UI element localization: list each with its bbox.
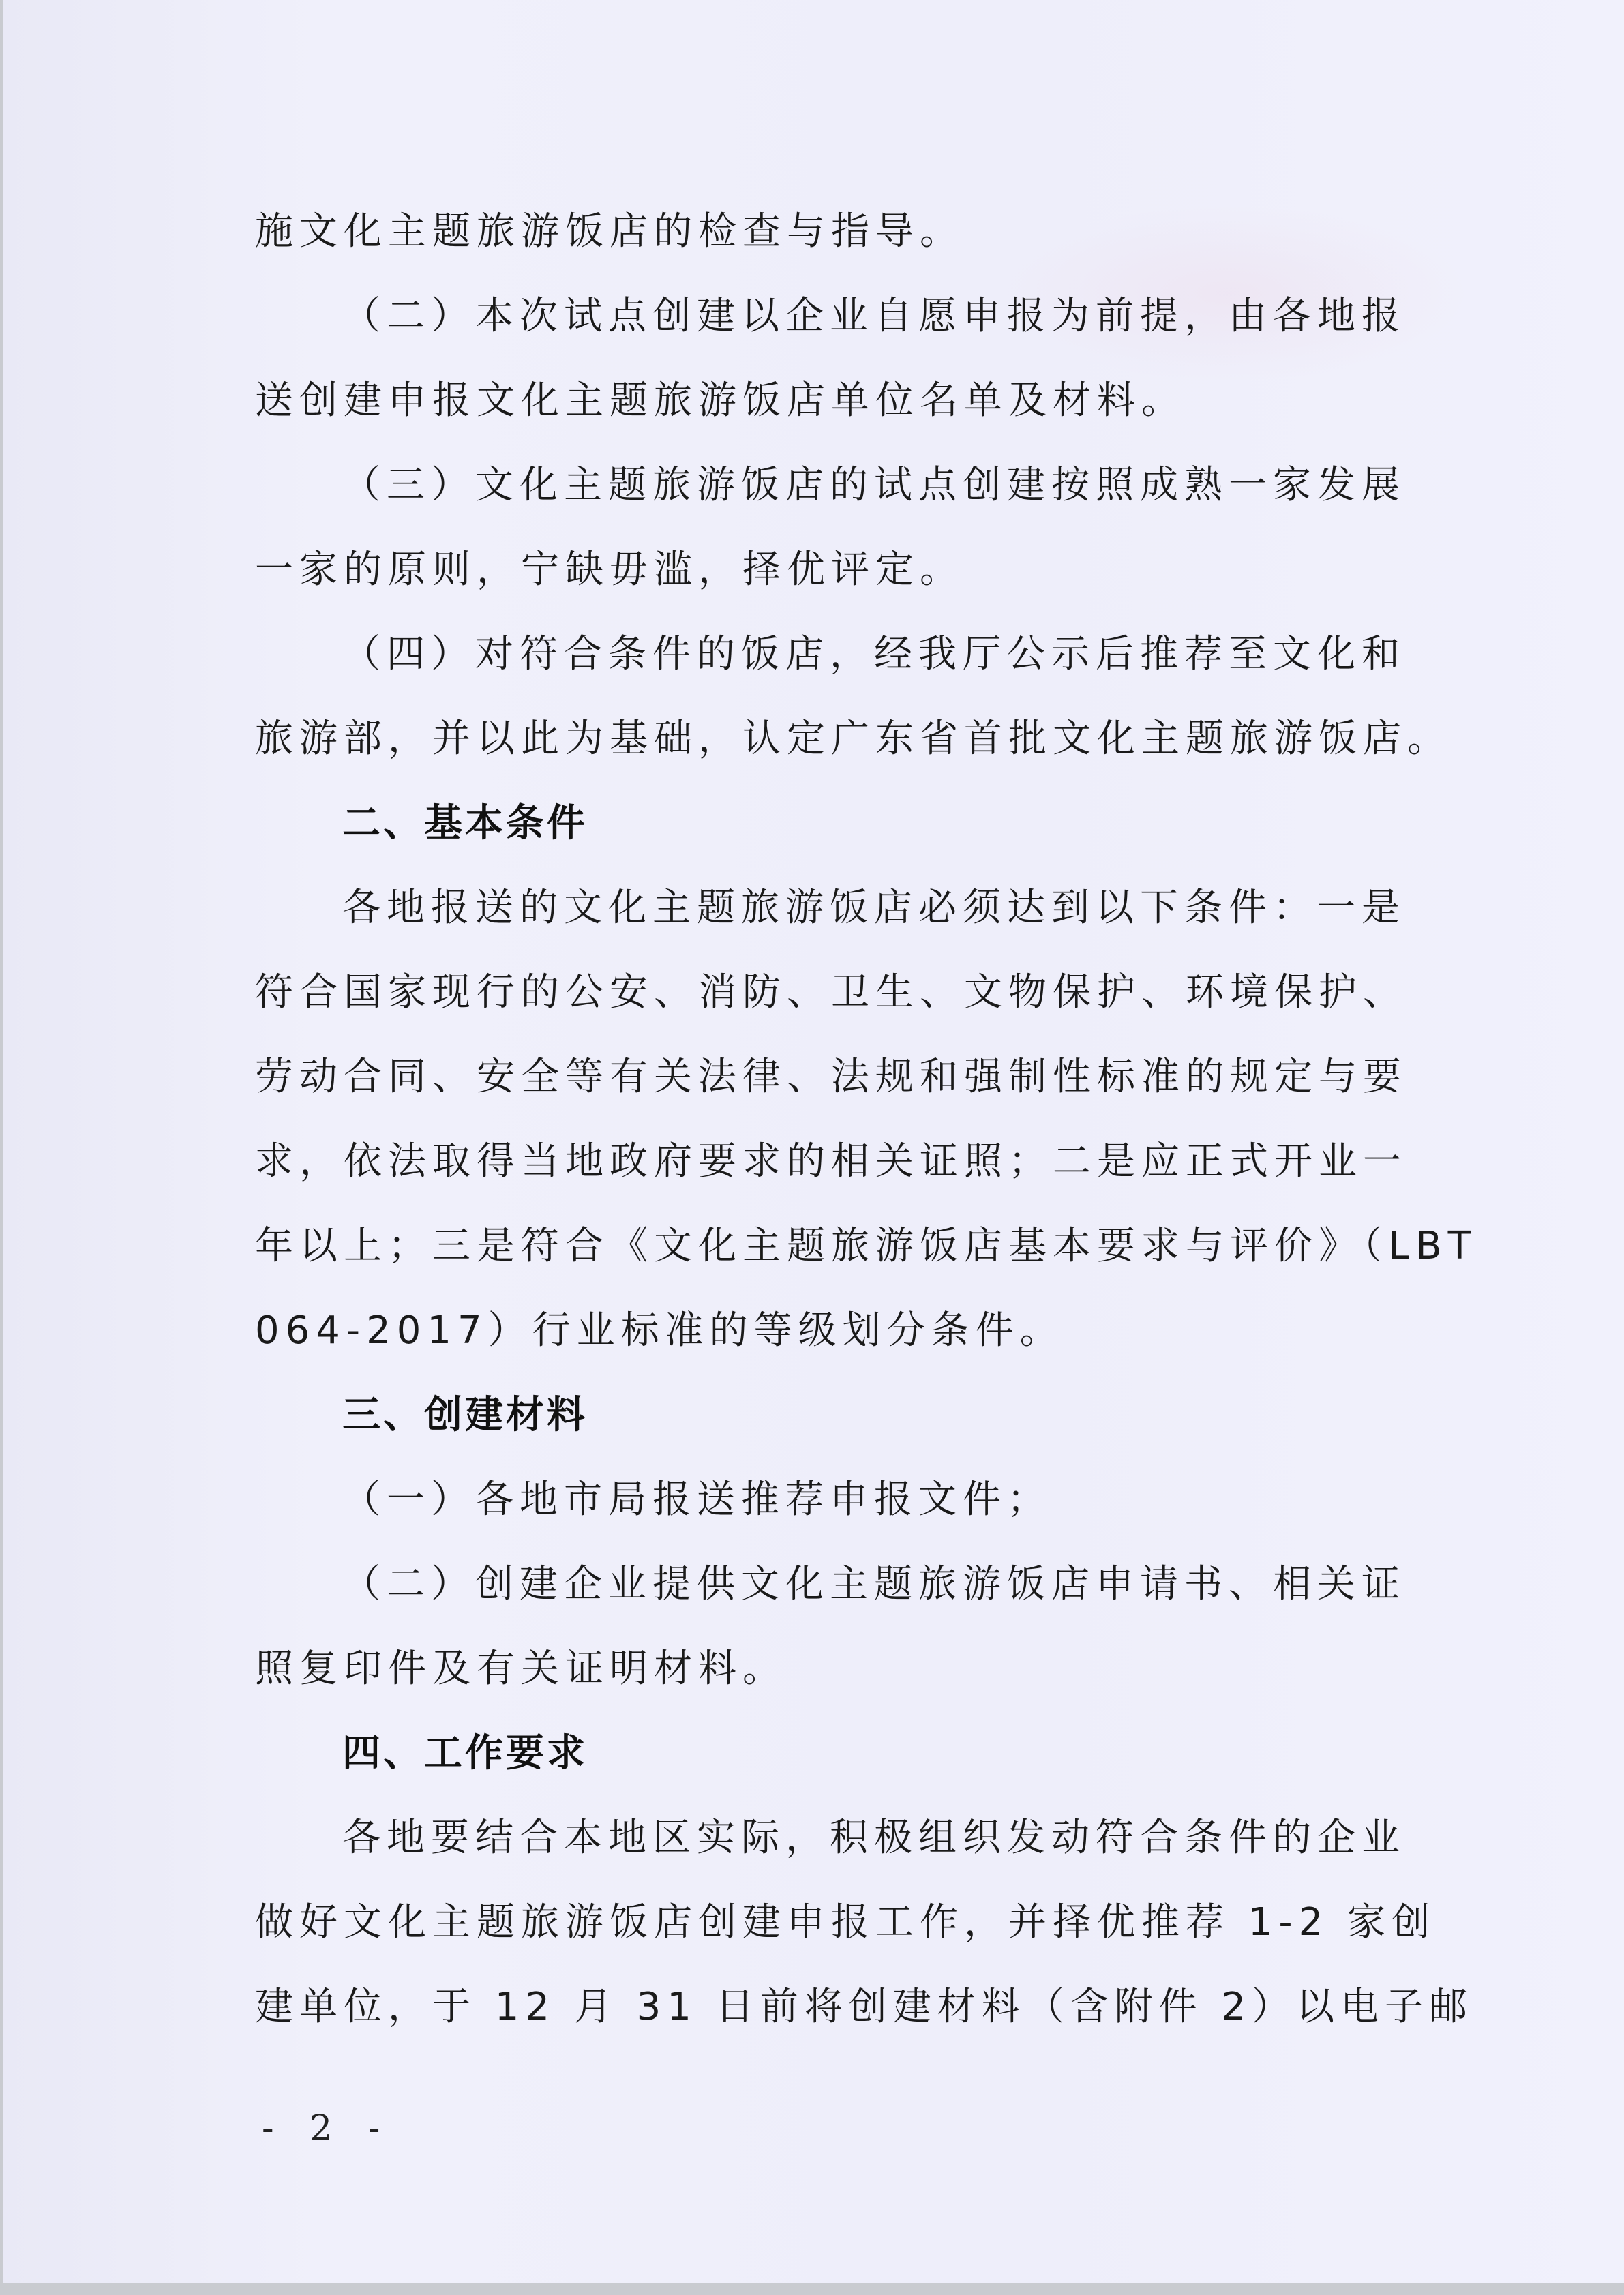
paragraph-line: 各地要结合本地区实际，积极组织发动符合条件的企业 (255, 1796, 1390, 1880)
document-body: 施文化主题旅游饭店的检查与指导。 （二）本次试点创建以企业自愿申报为前提，由各地… (255, 190, 1390, 2050)
paragraph-line: 年以上；三是符合《文化主题旅游饭店基本要求与评价》（LBT (255, 1204, 1390, 1289)
paragraph-line: 符合国家现行的公安、消防、卫生、文物保护、环境保护、 (255, 950, 1390, 1035)
section-heading-basic-conditions: 二、基本条件 (255, 781, 1390, 866)
paragraph-line: （三）文化主题旅游饭店的试点创建按照成熟一家发展 (255, 443, 1390, 528)
section-heading-work-requirements: 四、工作要求 (255, 1711, 1390, 1796)
paragraph-line: 照复印件及有关证明材料。 (255, 1627, 1390, 1711)
paragraph-line: （二）本次试点创建以企业自愿申报为前提，由各地报 (255, 274, 1390, 359)
document-page: 施文化主题旅游饭店的检查与指导。 （二）本次试点创建以企业自愿申报为前提，由各地… (3, 0, 1624, 2283)
paragraph-line: （二）创建企业提供文化主题旅游饭店申请书、相关证 (255, 1542, 1390, 1627)
paragraph-line: 做好文化主题旅游饭店创建申报工作，并择优推荐 1-2 家创 (255, 1880, 1390, 1965)
paragraph-line: 各地报送的文化主题旅游饭店必须达到以下条件：一是 (255, 866, 1390, 950)
paragraph-line: 一家的原则，宁缺毋滥，择优评定。 (255, 528, 1390, 612)
paragraph-line: 送创建申报文化主题旅游饭店单位名单及材料。 (255, 359, 1390, 443)
paragraph-line: 旅游部，并以此为基础，认定广东省首批文化主题旅游饭店。 (255, 697, 1390, 781)
paragraph-line: 劳动合同、安全等有关法律、法规和强制性标准的规定与要 (255, 1035, 1390, 1120)
paragraph-line: 施文化主题旅游饭店的检查与指导。 (255, 190, 1390, 274)
paragraph-line: 064-2017）行业标准的等级划分条件。 (255, 1289, 1390, 1373)
section-heading-creation-materials: 三、创建材料 (255, 1373, 1390, 1458)
paragraph-line: （四）对符合条件的饭店，经我厅公示后推荐至文化和 (255, 612, 1390, 697)
page-number: - 2 - (262, 2108, 392, 2149)
paragraph-line: （一）各地市局报送推荐申报文件； (255, 1458, 1390, 1542)
paragraph-line: 求，依法取得当地政府要求的相关证照；二是应正式开业一 (255, 1120, 1390, 1204)
paragraph-line: 建单位，于 12 月 31 日前将创建材料（含附件 2）以电子邮 (255, 1965, 1390, 2050)
